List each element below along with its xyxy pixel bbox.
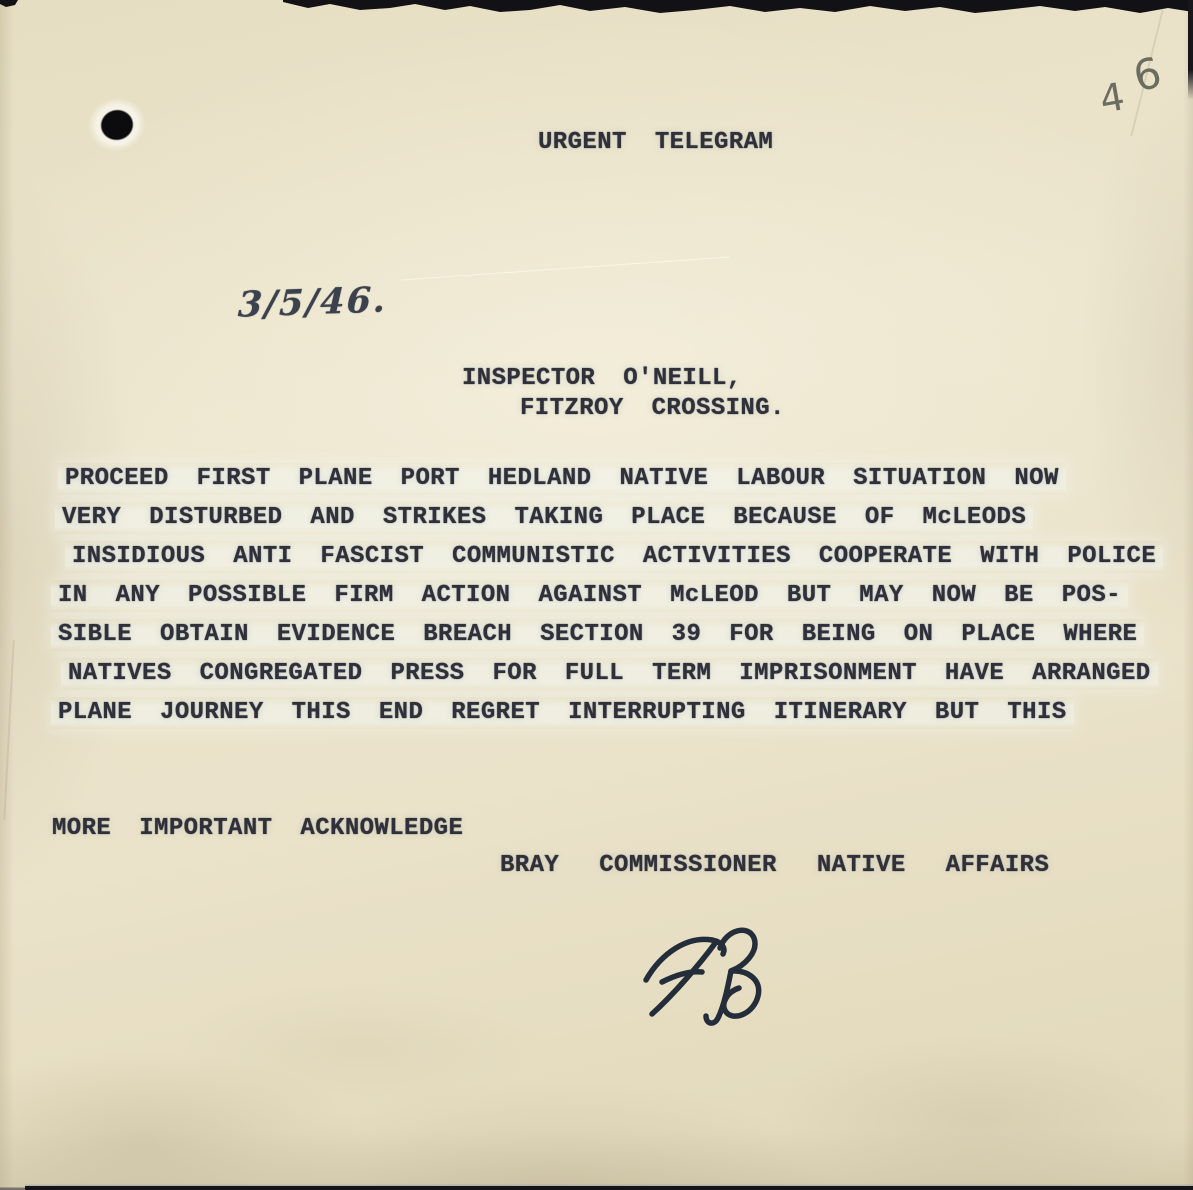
scan-top-edge bbox=[0, 0, 1193, 16]
body-line: SIBLE OBTAIN EVIDENCE BREACH SECTION 39 … bbox=[51, 619, 1144, 651]
message-body: PROCEED FIRST PLANE PORT HEDLAND NATIVE … bbox=[47, 463, 1163, 736]
closing-line: MORE IMPORTANT ACKNOWLEDGE bbox=[52, 814, 463, 844]
body-line: PLANE JOURNEY THIS END REGRET INTERRUPTI… bbox=[51, 697, 1074, 729]
scan-bottom-edge bbox=[0, 1182, 1193, 1190]
pencil-digit: 4 bbox=[1096, 74, 1127, 122]
paper-crease bbox=[3, 640, 14, 820]
body-line: PROCEED FIRST PLANE PORT HEDLAND NATIVE … bbox=[58, 463, 1066, 495]
body-line: VERY DISTURBED AND STRIKES TAKING PLACE … bbox=[55, 502, 1033, 534]
recipient-location: FITZROY CROSSING. bbox=[520, 394, 785, 424]
body-line: INSIDIOUS ANTI FASCIST COMMUNISTIC ACTIV… bbox=[65, 541, 1163, 573]
telegram-document: 4 6 URGENT TELEGRAM 3/5/46. INSPECTOR O'… bbox=[0, 0, 1193, 1190]
body-line: NATIVES CONGREGATED PRESS FOR FULL TERM … bbox=[61, 658, 1158, 690]
paper-crease bbox=[400, 256, 729, 280]
pencil-digit: 6 bbox=[1128, 47, 1166, 101]
handwritten-initials bbox=[632, 916, 782, 1031]
recipient-name: INSPECTOR O'NEILL, bbox=[462, 364, 742, 394]
handwritten-date: 3/5/46. bbox=[237, 279, 388, 325]
body-line: IN ANY POSSIBLE FIRM ACTION AGAINST McLE… bbox=[51, 580, 1128, 612]
document-title: URGENT TELEGRAM bbox=[538, 128, 773, 158]
scan-right-edge bbox=[1188, 0, 1193, 100]
signature-line: BRAY COMMISSIONER NATIVE AFFAIRS bbox=[500, 851, 1049, 881]
